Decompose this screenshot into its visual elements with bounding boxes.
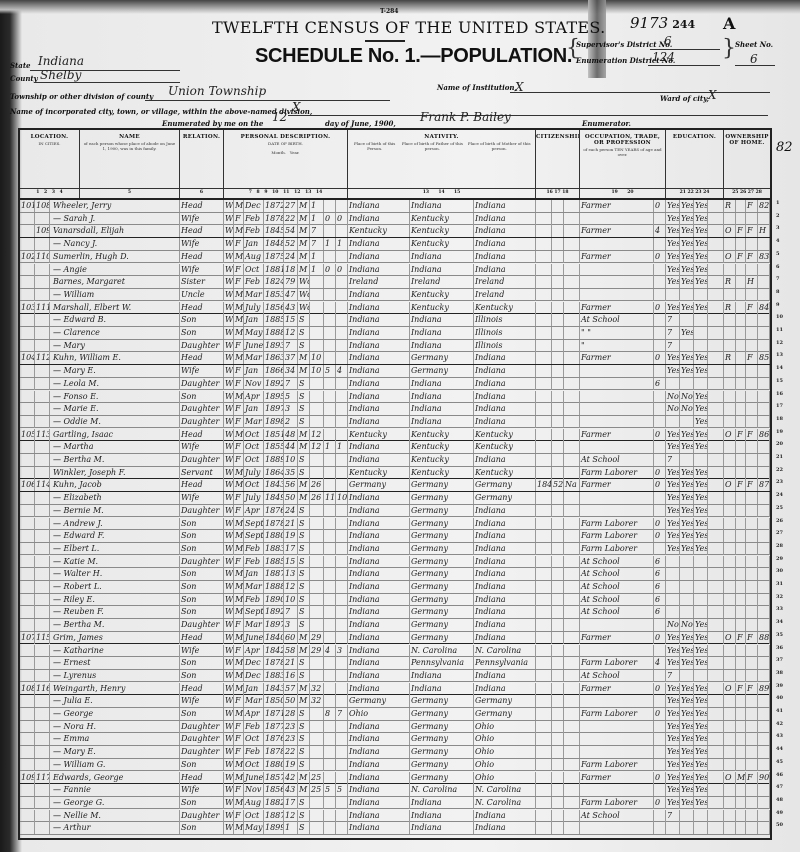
cell-read bbox=[666, 581, 680, 593]
cell-year: 1849 bbox=[264, 492, 284, 504]
cell-year: 1880 bbox=[264, 759, 284, 771]
cell-sex: M bbox=[234, 429, 244, 441]
cell-occupation: At School bbox=[580, 594, 654, 606]
cell-farm bbox=[746, 365, 758, 377]
cell-occupation bbox=[580, 416, 654, 428]
cell-write bbox=[680, 556, 694, 568]
cell-naturalized bbox=[564, 391, 580, 403]
cell-month: Nov bbox=[244, 378, 264, 390]
cell-month: Oct bbox=[244, 454, 264, 466]
cell-unemployed bbox=[654, 759, 666, 771]
cell-month: July bbox=[244, 467, 264, 479]
cell-birthplace: Indiana bbox=[348, 327, 410, 339]
cell-mortgage bbox=[736, 657, 746, 669]
cell-unemployed bbox=[654, 454, 666, 466]
line-number: 36 bbox=[776, 645, 792, 651]
cell-years-married: 32 bbox=[310, 695, 324, 707]
cell-relation: Head bbox=[180, 251, 224, 263]
cell-birthplace: Indiana bbox=[348, 606, 410, 618]
cell-schedule bbox=[758, 733, 770, 745]
cell-read bbox=[666, 822, 680, 834]
line-number: 38 bbox=[776, 670, 792, 676]
cell-naturalized bbox=[564, 441, 580, 453]
cell-farm bbox=[746, 289, 758, 301]
cell-occupation: At School bbox=[580, 606, 654, 618]
cell-unemployed: 0 bbox=[654, 479, 666, 491]
cell-school bbox=[708, 543, 724, 555]
cell-age: 56 bbox=[284, 479, 298, 491]
county-value: Shelby bbox=[40, 68, 81, 82]
cell-english: Yes bbox=[694, 505, 708, 517]
cell-mother-bp: Germany bbox=[474, 695, 536, 707]
line-number: 50 bbox=[776, 822, 792, 828]
cell-dwelling bbox=[20, 225, 35, 237]
cell-own bbox=[724, 454, 736, 466]
cell-marital: S bbox=[298, 568, 310, 580]
cell-age: 60 bbox=[284, 632, 298, 644]
cell-mortgage bbox=[736, 213, 746, 225]
cell-years-married: 1 bbox=[310, 213, 324, 225]
cell-sex: M bbox=[234, 391, 244, 403]
cell-years-us bbox=[552, 352, 564, 364]
cell-schedule bbox=[758, 810, 770, 822]
line-number: 31 bbox=[776, 581, 792, 587]
sheet-label: Sheet No. bbox=[735, 40, 773, 49]
cell-dwelling bbox=[20, 416, 35, 428]
cell-occupation bbox=[580, 391, 654, 403]
cell-name: Winkler, Joseph F. bbox=[50, 467, 180, 479]
cell-color: W bbox=[224, 530, 234, 542]
cell-family: 115 bbox=[35, 632, 50, 644]
cell-schedule bbox=[758, 797, 770, 809]
cell-own: R bbox=[724, 352, 736, 364]
cell-father-bp: Indiana bbox=[410, 327, 474, 339]
cell-name: — Walter H. bbox=[50, 568, 180, 580]
cell-schedule bbox=[758, 721, 770, 733]
cell-mortgage bbox=[736, 543, 746, 555]
table-row: 109117Edwards, GeorgeHeadWMJune185742M25… bbox=[20, 772, 770, 785]
cell-marital: S bbox=[298, 340, 310, 352]
line-number: 43 bbox=[776, 733, 792, 739]
cell-immigration bbox=[536, 251, 552, 263]
cell-english: Yes bbox=[694, 441, 708, 453]
cell-living bbox=[336, 276, 348, 288]
cell-write bbox=[680, 594, 694, 606]
cell-schedule bbox=[758, 645, 770, 657]
cell-own bbox=[724, 556, 736, 568]
table-row: — Edward F.SonWMSept188019SIndianaGerman… bbox=[20, 530, 770, 543]
cell-sex: F bbox=[234, 746, 244, 758]
cell-birthplace: Indiana bbox=[348, 365, 410, 377]
cell-own bbox=[724, 645, 736, 657]
cell-age: 79 bbox=[284, 276, 298, 288]
cell-schedule bbox=[758, 670, 770, 682]
cell-read: 7 bbox=[666, 327, 680, 339]
cell-relation: Son bbox=[180, 670, 224, 682]
cell-immigration bbox=[536, 416, 552, 428]
cell-mothers: 1 bbox=[324, 441, 336, 453]
cell-immigration bbox=[536, 327, 552, 339]
cell-dwelling bbox=[20, 746, 35, 758]
cell-unemployed bbox=[654, 619, 666, 631]
cell-family bbox=[35, 556, 50, 568]
cell-school bbox=[708, 365, 724, 377]
cell-mother-bp: Ohio bbox=[474, 759, 536, 771]
cell-year: 1888 bbox=[264, 581, 284, 593]
cell-farm bbox=[746, 416, 758, 428]
cell-marital: M bbox=[298, 492, 310, 504]
cell-years-married: 7 bbox=[310, 238, 324, 250]
cell-living bbox=[336, 657, 348, 669]
cell-birthplace: Indiana bbox=[348, 556, 410, 568]
cell-write: Yes bbox=[680, 302, 694, 314]
line-number: 12 bbox=[776, 340, 792, 346]
cell-years-married bbox=[310, 378, 324, 390]
cell-living bbox=[336, 772, 348, 784]
cell-family bbox=[35, 784, 50, 796]
cell-school bbox=[708, 225, 724, 237]
cell-write: Yes bbox=[680, 518, 694, 530]
cell-write: Yes bbox=[680, 632, 694, 644]
cell-english: Yes bbox=[694, 429, 708, 441]
cell-school bbox=[708, 340, 724, 352]
cell-write: Yes bbox=[680, 225, 694, 237]
cell-dwelling bbox=[20, 505, 35, 517]
cell-occupation bbox=[580, 289, 654, 301]
cell-marital: S bbox=[298, 327, 310, 339]
cell-mothers bbox=[324, 314, 336, 326]
cell-family bbox=[35, 568, 50, 580]
cell-naturalized bbox=[564, 746, 580, 758]
cell-mortgage bbox=[736, 797, 746, 809]
cell-mothers bbox=[324, 276, 336, 288]
cell-mortgage bbox=[736, 492, 746, 504]
cell-read: Yes bbox=[666, 238, 680, 250]
cell-immigration bbox=[536, 264, 552, 276]
cell-sex: F bbox=[234, 695, 244, 707]
cell-name: — Angie bbox=[50, 264, 180, 276]
cell-read bbox=[666, 289, 680, 301]
cell-naturalized: Na bbox=[564, 479, 580, 491]
cell-year: 1872 bbox=[264, 200, 284, 212]
cell-dwelling bbox=[20, 391, 35, 403]
cell-mortgage bbox=[736, 619, 746, 631]
cell-relation: Daughter bbox=[180, 721, 224, 733]
cell-write: Yes bbox=[680, 200, 694, 212]
cell-dwelling bbox=[20, 797, 35, 809]
cell-farm: F bbox=[746, 251, 758, 263]
cell-name: — Bernie M. bbox=[50, 505, 180, 517]
cell-mothers bbox=[324, 556, 336, 568]
state-label: State bbox=[10, 61, 31, 70]
cell-marital: S bbox=[298, 416, 310, 428]
enumerated-month-year: day of June, 1900, bbox=[325, 119, 396, 128]
table-row: — MaryDaughterWFJune18937SIndianaIndiana… bbox=[20, 340, 770, 353]
cell-own bbox=[724, 378, 736, 390]
cell-sex: M bbox=[234, 683, 244, 695]
cell-family bbox=[35, 391, 50, 403]
cell-dwelling bbox=[20, 784, 35, 796]
cell-birthplace: Indiana bbox=[348, 251, 410, 263]
cell-immigration bbox=[536, 594, 552, 606]
line-number: 14 bbox=[776, 365, 792, 371]
table-row: — Katie M.DaughterWFFeb188515SIndianaGer… bbox=[20, 556, 770, 569]
cell-farm: F bbox=[746, 302, 758, 314]
line-number: 18 bbox=[776, 416, 792, 422]
cell-own: O bbox=[724, 479, 736, 491]
cell-read: Yes bbox=[666, 276, 680, 288]
cell-mother-bp: Indiana bbox=[474, 594, 536, 606]
cell-years-married bbox=[310, 619, 324, 631]
cell-own bbox=[724, 670, 736, 682]
cell-family bbox=[35, 606, 50, 618]
cell-english: Yes bbox=[694, 746, 708, 758]
cell-age: 3 bbox=[284, 403, 298, 415]
cell-mortgage bbox=[736, 594, 746, 606]
cell-mortgage bbox=[736, 645, 746, 657]
cell-immigration bbox=[536, 505, 552, 517]
cell-sex: M bbox=[234, 302, 244, 314]
cell-living bbox=[336, 289, 348, 301]
cell-birthplace: Indiana bbox=[348, 314, 410, 326]
cell-naturalized bbox=[564, 581, 580, 593]
cell-dwelling: 106 bbox=[20, 479, 35, 491]
cell-read: Yes bbox=[666, 225, 680, 237]
cell-immigration bbox=[536, 543, 552, 555]
cell-schedule bbox=[758, 492, 770, 504]
cell-marital: M bbox=[298, 352, 310, 364]
cell-years-married bbox=[310, 759, 324, 771]
cell-year: 1855 bbox=[264, 441, 284, 453]
cell-father-bp: Kentucky bbox=[410, 467, 474, 479]
cell-own bbox=[724, 721, 736, 733]
cell-read: Yes bbox=[666, 759, 680, 771]
sheet-value: 6 bbox=[750, 52, 758, 66]
cell-mortgage bbox=[736, 810, 746, 822]
cell-marital: S bbox=[298, 594, 310, 606]
cell-name: — Clarence bbox=[50, 327, 180, 339]
cell-schedule: 86 bbox=[758, 429, 770, 441]
cell-english: Yes bbox=[694, 352, 708, 364]
cell-naturalized bbox=[564, 238, 580, 250]
cell-relation: Wife bbox=[180, 213, 224, 225]
cell-living bbox=[336, 403, 348, 415]
cell-own: R bbox=[724, 276, 736, 288]
cell-years-married bbox=[310, 543, 324, 555]
cell-name: Barnes, Margaret bbox=[50, 276, 180, 288]
cell-birthplace: Indiana bbox=[348, 213, 410, 225]
cell-farm bbox=[746, 213, 758, 225]
table-row: — AngieWifeWFOct188118M100IndianaIndiana… bbox=[20, 264, 770, 277]
cell-read: 7 bbox=[666, 670, 680, 682]
table-row: — Oddie M.DaughterWFMar18982SIndianaIndi… bbox=[20, 416, 770, 429]
cell-unemployed bbox=[654, 822, 666, 834]
cell-immigration bbox=[536, 645, 552, 657]
cell-years-us bbox=[552, 619, 564, 631]
cell-dwelling bbox=[20, 467, 35, 479]
cell-family bbox=[35, 467, 50, 479]
cell-naturalized bbox=[564, 454, 580, 466]
cell-mother-bp: Illinois bbox=[474, 314, 536, 326]
line-number: 17 bbox=[776, 403, 792, 409]
cell-unemployed: 6 bbox=[654, 378, 666, 390]
cell-school bbox=[708, 505, 724, 517]
cell-relation: Son bbox=[180, 708, 224, 720]
cell-farm: H bbox=[746, 276, 758, 288]
cell-mortgage bbox=[736, 746, 746, 758]
cell-mothers bbox=[324, 200, 336, 212]
cell-father-bp: Kentucky bbox=[410, 289, 474, 301]
cell-own bbox=[724, 695, 736, 707]
cell-father-bp: Germany bbox=[410, 594, 474, 606]
cell-read: 7 bbox=[666, 314, 680, 326]
cell-age: 50 bbox=[284, 695, 298, 707]
cell-relation: Son bbox=[180, 314, 224, 326]
cell-mother-bp: Indiana bbox=[474, 568, 536, 580]
cell-year: 1887 bbox=[264, 810, 284, 822]
cell-year: 1856 bbox=[264, 302, 284, 314]
cell-living bbox=[336, 683, 348, 695]
cell-naturalized bbox=[564, 822, 580, 834]
cell-read: Yes bbox=[666, 797, 680, 809]
header-citizenship: CITIZENSHIP.16 17 18 bbox=[536, 130, 580, 198]
cell-marital: M bbox=[298, 251, 310, 263]
cell-dwelling bbox=[20, 365, 35, 377]
cell-naturalized bbox=[564, 606, 580, 618]
cell-english bbox=[694, 670, 708, 682]
cell-sex: M bbox=[234, 594, 244, 606]
table-row: — ClarenceSonWMMay188812SIndianaIndianaI… bbox=[20, 327, 770, 340]
cell-english: Yes bbox=[694, 759, 708, 771]
cell-immigration bbox=[536, 606, 552, 618]
cell-mortgage bbox=[736, 352, 746, 364]
cell-immigration bbox=[536, 340, 552, 352]
cell-own bbox=[724, 416, 736, 428]
cell-dwelling bbox=[20, 556, 35, 568]
cell-farm bbox=[746, 594, 758, 606]
cell-family bbox=[35, 378, 50, 390]
cell-naturalized bbox=[564, 403, 580, 415]
cell-english: Yes bbox=[694, 200, 708, 212]
cell-mothers bbox=[324, 733, 336, 745]
cell-immigration bbox=[536, 784, 552, 796]
cell-immigration bbox=[536, 772, 552, 784]
table-row: — ErnestSonWMDec187821SIndianaPennsylvan… bbox=[20, 657, 770, 670]
cell-years-us bbox=[552, 670, 564, 682]
ward-label: Ward of city, bbox=[660, 94, 709, 103]
cell-mother-bp: Indiana bbox=[474, 518, 536, 530]
cell-sex: M bbox=[234, 822, 244, 834]
stamp-value: 9173 bbox=[630, 14, 668, 32]
cell-color: W bbox=[224, 683, 234, 695]
cell-age: 42 bbox=[284, 772, 298, 784]
cell-birthplace: Indiana bbox=[348, 657, 410, 669]
cell-farm bbox=[746, 340, 758, 352]
cell-unemployed bbox=[654, 276, 666, 288]
cell-name: — Andrew J. bbox=[50, 518, 180, 530]
cell-marital: Wd bbox=[298, 302, 310, 314]
cell-month: Feb bbox=[244, 213, 264, 225]
cell-marital: M bbox=[298, 695, 310, 707]
cell-write: Yes bbox=[680, 759, 694, 771]
table-row: — Julia E.WifeWFMar185050M32GermanyGerma… bbox=[20, 695, 770, 708]
cell-mortgage: F bbox=[736, 429, 746, 441]
cell-school bbox=[708, 416, 724, 428]
cell-naturalized bbox=[564, 759, 580, 771]
cell-birthplace: Indiana bbox=[348, 378, 410, 390]
cell-naturalized bbox=[564, 505, 580, 517]
cell-unemployed: 0 bbox=[654, 632, 666, 644]
cell-mortgage bbox=[736, 378, 746, 390]
header-name: NAMEof each person whose place of abode … bbox=[80, 130, 180, 198]
cell-own bbox=[724, 213, 736, 225]
cell-relation: Uncle bbox=[180, 289, 224, 301]
cell-write: Yes bbox=[680, 276, 694, 288]
cell-occupation: Farmer bbox=[580, 200, 654, 212]
cell-month: Mar bbox=[244, 619, 264, 631]
cell-father-bp: Kentucky bbox=[410, 213, 474, 225]
cell-write bbox=[680, 568, 694, 580]
cell-living: 4 bbox=[336, 365, 348, 377]
cell-living bbox=[336, 352, 348, 364]
cell-mothers bbox=[324, 530, 336, 542]
cell-month: Apr bbox=[244, 708, 264, 720]
cell-immigration bbox=[536, 276, 552, 288]
cell-own bbox=[724, 822, 736, 834]
cell-mothers bbox=[324, 759, 336, 771]
cell-occupation: Farm Laborer bbox=[580, 759, 654, 771]
cell-farm bbox=[746, 556, 758, 568]
cell-mother-bp: Germany bbox=[474, 708, 536, 720]
cell-schedule: 85 bbox=[758, 352, 770, 364]
cell-dwelling bbox=[20, 289, 35, 301]
cell-year: 1850 bbox=[264, 695, 284, 707]
cell-mothers bbox=[324, 340, 336, 352]
cell-marital: M bbox=[298, 213, 310, 225]
cell-schedule bbox=[758, 594, 770, 606]
cell-name: — Mary E. bbox=[50, 746, 180, 758]
cell-own: R bbox=[724, 302, 736, 314]
cell-school bbox=[708, 289, 724, 301]
cell-immigration: 1847 bbox=[536, 479, 552, 491]
cell-birthplace: Indiana bbox=[348, 352, 410, 364]
cell-month: Nov bbox=[244, 784, 264, 796]
cell-write: Yes bbox=[680, 657, 694, 669]
cell-sex: F bbox=[234, 238, 244, 250]
cell-living bbox=[336, 505, 348, 517]
cell-immigration bbox=[536, 695, 552, 707]
cell-month: Jan bbox=[244, 365, 264, 377]
cell-naturalized bbox=[564, 416, 580, 428]
cell-father-bp: Ireland bbox=[410, 276, 474, 288]
cell-relation: Wife bbox=[180, 695, 224, 707]
header-occupation: OCCUPATION, TRADE, OR PROFESSIONof each … bbox=[580, 130, 666, 198]
line-number: 47 bbox=[776, 784, 792, 790]
cell-marital: M bbox=[298, 429, 310, 441]
cell-write bbox=[680, 416, 694, 428]
cell-relation: Daughter bbox=[180, 733, 224, 745]
cell-schedule bbox=[758, 822, 770, 834]
cell-years-married: 29 bbox=[310, 645, 324, 657]
cell-write: Yes bbox=[680, 441, 694, 453]
cell-relation: Head bbox=[180, 429, 224, 441]
cell-naturalized bbox=[564, 213, 580, 225]
cell-naturalized bbox=[564, 543, 580, 555]
cell-month: Jan bbox=[244, 238, 264, 250]
cell-age: 43 bbox=[284, 784, 298, 796]
institution-value: X bbox=[515, 80, 524, 94]
cell-name: — Arthur bbox=[50, 822, 180, 834]
